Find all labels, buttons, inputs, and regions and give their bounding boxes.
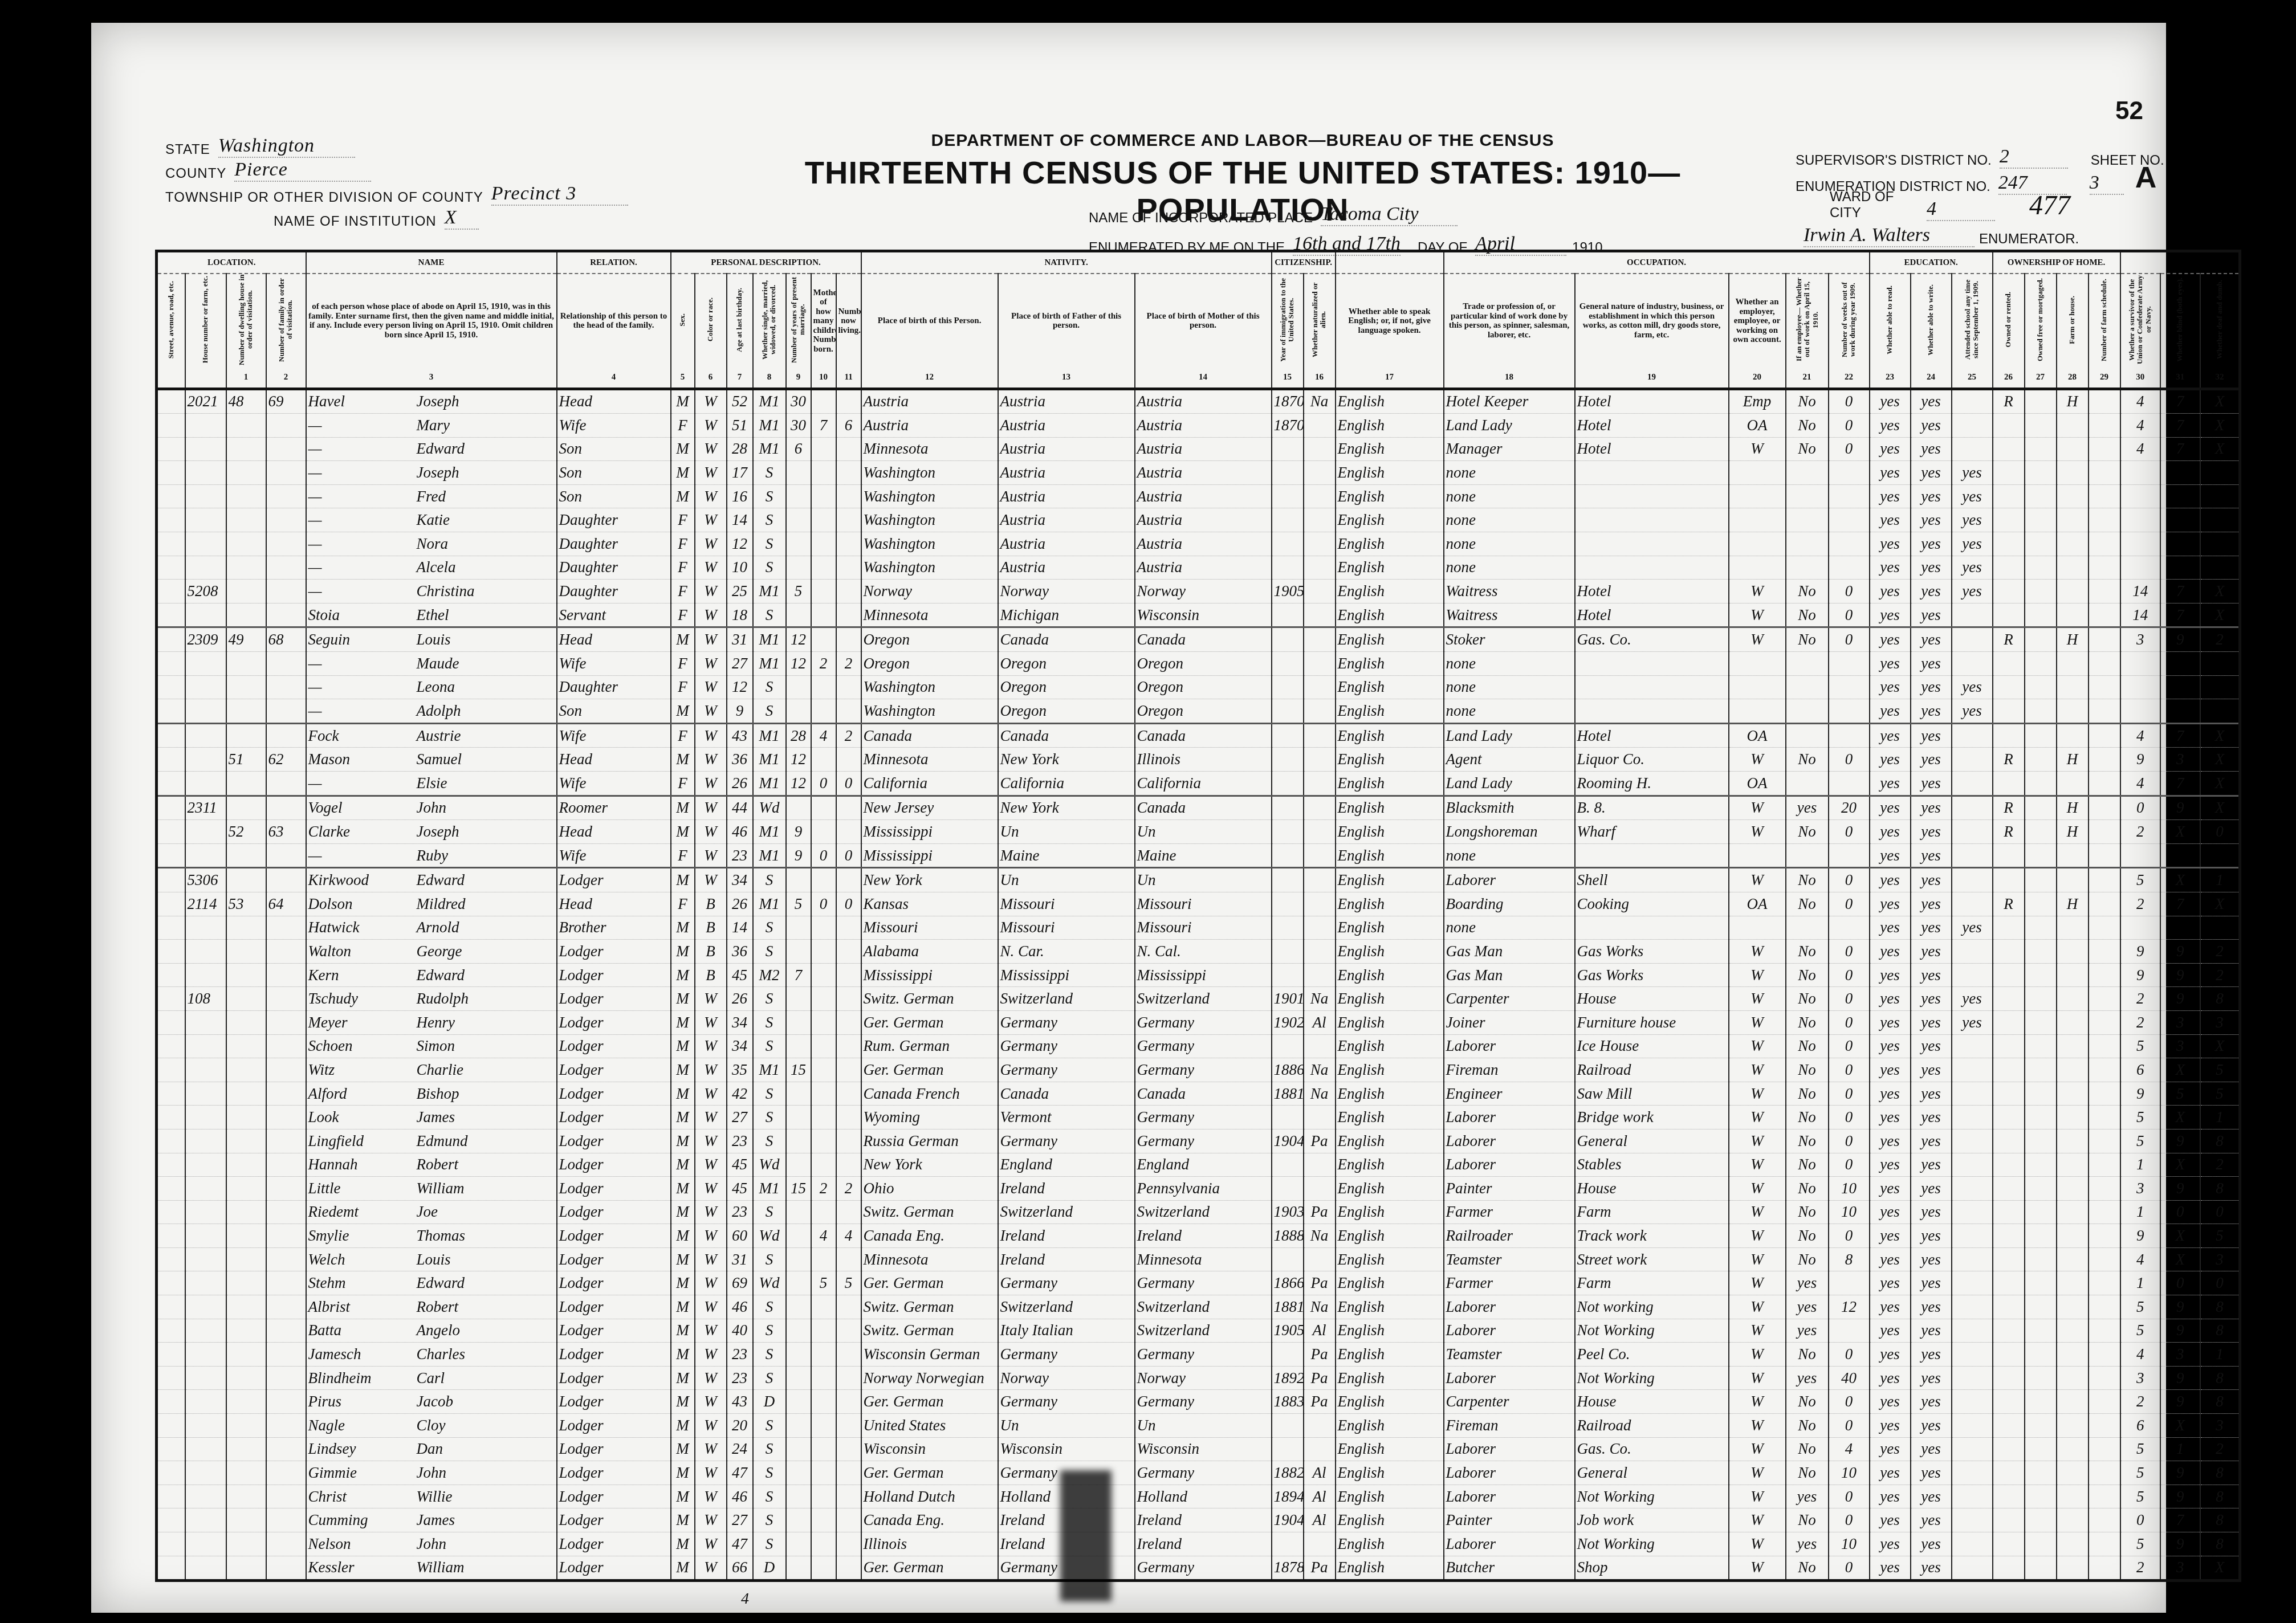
cell-write: yes <box>1911 508 1952 532</box>
cell-english: English <box>1336 1224 1444 1248</box>
given-name: Austrie <box>417 727 461 744</box>
cell-school <box>1952 1224 1993 1248</box>
cell-c32: X <box>2200 1556 2240 1581</box>
cell-write: yes <box>1911 437 1952 461</box>
cell-name: BlindheimCarl <box>306 1366 557 1390</box>
cell-immig <box>1272 627 1304 652</box>
cell-pob: Canada French <box>861 1082 998 1106</box>
cell-age: 34 <box>727 1010 753 1034</box>
cell-class: W <box>1729 1153 1786 1177</box>
cell-c32: 3 <box>2200 1414 2240 1438</box>
cell-living <box>836 796 861 820</box>
cell-trade: Railroader <box>1444 1224 1575 1248</box>
cell-street <box>157 1366 185 1390</box>
given-name: Mary <box>417 417 450 434</box>
cell-marital: M1 <box>753 437 786 461</box>
table-row: BlindheimCarlLodgerMW23SNorway Norwegian… <box>157 1366 2240 1390</box>
cell-weeks <box>1829 484 1870 508</box>
cell-living <box>836 437 861 461</box>
cell-class: W <box>1729 1224 1786 1248</box>
cell-race: W <box>695 1485 727 1508</box>
cell-industry: Shell <box>1575 868 1729 892</box>
state-label: State <box>165 142 210 158</box>
cell-free <box>2025 1343 2057 1367</box>
cell-c31: 7 <box>2160 1508 2200 1532</box>
cell-immig: 1883 <box>1272 1390 1304 1414</box>
cell-street <box>157 892 185 916</box>
cell-yrs-married <box>786 556 811 580</box>
cell-read: yes <box>1870 1295 1911 1319</box>
cell-natz <box>1304 868 1336 892</box>
cell-pob-mother: Germany <box>1135 1461 1272 1485</box>
cell-school <box>1952 1556 1993 1581</box>
cell-read: yes <box>1870 820 1911 844</box>
cell-marital: M2 <box>753 963 786 987</box>
cell-c32: 2 <box>2200 940 2240 964</box>
cell-pob: Wyoming <box>861 1106 998 1129</box>
cell-street <box>157 1414 185 1438</box>
cell-out-work <box>1786 723 1829 748</box>
given-name: Adolph <box>417 702 461 719</box>
column-header-label: Number of years of present marriage. <box>790 274 807 365</box>
table-row: StoiaEthelServantFW18SMinnesotaMichiganW… <box>157 603 2240 627</box>
census-sheet: 52 StateWashington CountyPierce Township… <box>91 23 2166 1613</box>
column-header-5: Sex. <box>671 274 695 368</box>
cell-born <box>811 675 836 699</box>
table-row: —RubyWifeFW23M1900MississippiMaineMaineE… <box>157 843 2240 868</box>
county-label: County <box>165 166 226 182</box>
cell-c30: 1 <box>2120 1153 2160 1177</box>
cell-pob-mother: Oregon <box>1135 675 1272 699</box>
cell-own: R <box>1993 627 2025 652</box>
given-name: John <box>417 1464 446 1481</box>
cell-trade: Gas Man <box>1444 940 1575 964</box>
cell-yrs-married <box>786 940 811 964</box>
table-row: KesslerWilliamLodgerMW66DGer. GermanGerm… <box>157 1556 2240 1581</box>
cell-natz <box>1304 675 1336 699</box>
cell-free <box>2025 1106 2057 1129</box>
cell-natz <box>1304 484 1336 508</box>
cell-read: yes <box>1870 1532 1911 1556</box>
table-row: 5162MasonSamuelHeadMW36M112MinnesotaNew … <box>157 748 2240 772</box>
cell-read: yes <box>1870 556 1911 580</box>
surname: — <box>308 582 417 600</box>
stamp-number: 477 <box>2029 190 2166 221</box>
cell-immig <box>1272 1177 1304 1201</box>
cell-own <box>1993 603 2025 627</box>
cell-age: 10 <box>727 556 753 580</box>
cell-sex: M <box>671 963 695 987</box>
cell-marital: M1 <box>753 843 786 868</box>
cell-age: 45 <box>727 963 753 987</box>
column-header-label: Whether able to speak English; or, if no… <box>1348 307 1430 335</box>
cell-pob-father: Germany <box>998 1343 1135 1367</box>
surname: Blindheim <box>308 1369 417 1387</box>
cell-dwelling <box>226 675 266 699</box>
cell-yrs-married: 5 <box>786 580 811 603</box>
surname: Tschudy <box>308 990 417 1008</box>
cell-natz: Pa <box>1304 1366 1336 1390</box>
cell-relation: Lodger <box>557 1437 671 1461</box>
cell-weeks: 0 <box>1829 1153 1870 1177</box>
cell-living <box>836 940 861 964</box>
cell-pob-mother: Switzerland <box>1135 1295 1272 1319</box>
cell-read: yes <box>1870 1437 1911 1461</box>
column-header-label: Number of dwelling house in order of vis… <box>238 274 254 365</box>
cell-c31: 3 <box>2160 1034 2200 1058</box>
cell-english: English <box>1336 1129 1444 1153</box>
cell-write: yes <box>1911 1437 1952 1461</box>
cell-immig <box>1272 963 1304 987</box>
cell-name: HannahRobert <box>306 1153 557 1177</box>
cell-sched <box>2089 1319 2120 1343</box>
cell-industry: Hotel <box>1575 603 1729 627</box>
cell-pob-mother: Austria <box>1135 556 1272 580</box>
cell-sex: M <box>671 868 695 892</box>
cell-school <box>1952 892 1993 916</box>
cell-house <box>185 508 226 532</box>
cell-c31: 0 <box>2160 1271 2200 1295</box>
cell-school: yes <box>1952 987 1993 1011</box>
cell-name: —Ruby <box>306 843 557 868</box>
cell-own <box>1993 1390 2025 1414</box>
cell-living <box>836 1058 861 1082</box>
surname: Lindsey <box>308 1440 417 1458</box>
state-value: Washington <box>218 135 355 158</box>
cell-race: W <box>695 556 727 580</box>
cell-pob-mother: Germany <box>1135 1106 1272 1129</box>
cell-english: English <box>1336 508 1444 532</box>
cell-living: 2 <box>836 1177 861 1201</box>
cell-yrs-married <box>786 532 811 556</box>
cell-c32 <box>2200 508 2240 532</box>
cell-family <box>266 699 306 724</box>
cell-race: B <box>695 940 727 964</box>
cell-yrs-married <box>786 484 811 508</box>
cell-english: English <box>1336 1556 1444 1581</box>
cell-sex: M <box>671 1129 695 1153</box>
cell-free <box>2025 699 2057 724</box>
cell-sched <box>2089 1414 2120 1438</box>
cell-english: English <box>1336 868 1444 892</box>
cell-sched <box>2089 603 2120 627</box>
cell-trade: none <box>1444 652 1575 676</box>
cell-living <box>836 627 861 652</box>
cell-weeks <box>1829 772 1870 796</box>
cell-name: FockAustrie <box>306 723 557 748</box>
cell-born <box>811 1437 836 1461</box>
cell-weeks: 0 <box>1829 868 1870 892</box>
cell-street <box>157 675 185 699</box>
surname: Jamesch <box>308 1345 417 1363</box>
cell-farm <box>2057 940 2089 964</box>
cell-street <box>157 1224 185 1248</box>
cell-out-work: No <box>1786 892 1829 916</box>
cell-living <box>836 1106 861 1129</box>
cell-pob: California <box>861 772 998 796</box>
cell-relation: Lodger <box>557 987 671 1011</box>
cell-school <box>1952 1437 1993 1461</box>
cell-c31: 9 <box>2160 1532 2200 1556</box>
cell-natz <box>1304 1532 1336 1556</box>
cell-living: 0 <box>836 843 861 868</box>
cell-house <box>185 1366 226 1390</box>
cell-own <box>1993 652 2025 676</box>
cell-pob: Washington <box>861 675 998 699</box>
cell-out-work: No <box>1786 1034 1829 1058</box>
cell-born <box>811 796 836 820</box>
cell-yrs-married <box>786 1010 811 1034</box>
cell-out-work: No <box>1786 1343 1829 1367</box>
column-header-label: Mother of how many children. Number born… <box>813 288 836 354</box>
cell-sched <box>2089 1034 2120 1058</box>
cell-marital: S <box>753 987 786 1011</box>
cell-weeks: 0 <box>1829 1390 1870 1414</box>
cell-name: KernEdward <box>306 963 557 987</box>
cell-house <box>185 748 226 772</box>
column-header-label: Street, avenue, road, etc. <box>167 281 175 358</box>
cell-c30: 6 <box>2120 1414 2160 1438</box>
cell-c32 <box>2200 532 2240 556</box>
cell-class: OA <box>1729 892 1786 916</box>
given-name: George <box>417 943 462 960</box>
cell-name: WaltonGeorge <box>306 940 557 964</box>
cell-yrs-married <box>786 1153 811 1177</box>
cell-relation: Lodger <box>557 1010 671 1034</box>
surname: — <box>308 417 417 434</box>
cell-pob: Minnesota <box>861 603 998 627</box>
cell-c31: 9 <box>2160 1295 2200 1319</box>
cell-c30: 1 <box>2120 1271 2160 1295</box>
cell-school <box>1952 1153 1993 1177</box>
surname: Dolson <box>308 895 417 913</box>
cell-sex: M <box>671 796 695 820</box>
cell-relation: Roomer <box>557 796 671 820</box>
cell-age: 23 <box>727 1129 753 1153</box>
column-header-label: Trade or profession of, or particular ki… <box>1449 302 1570 340</box>
cell-race: W <box>695 1556 727 1581</box>
cell-c30: 2 <box>2120 1390 2160 1414</box>
cell-pob: Washington <box>861 508 998 532</box>
cell-write: yes <box>1911 1295 1952 1319</box>
cell-pob-mother: Oregon <box>1135 699 1272 724</box>
cell-english: English <box>1336 389 1444 414</box>
cell-pob: Norway <box>861 580 998 603</box>
cell-farm <box>2057 699 2089 724</box>
column-number: 6 <box>695 368 727 389</box>
cell-english: English <box>1336 1343 1444 1367</box>
cell-dwelling <box>226 580 266 603</box>
cell-c32: 1 <box>2200 868 2240 892</box>
column-header-12: Place of birth of this Person. <box>861 274 998 368</box>
institution-label: Name of institution <box>274 214 437 230</box>
cell-age: 43 <box>727 1390 753 1414</box>
cell-immig <box>1272 940 1304 964</box>
cell-school <box>1952 1177 1993 1201</box>
cell-own <box>1993 940 2025 964</box>
cell-sched <box>2089 1010 2120 1034</box>
cell-sched <box>2089 748 2120 772</box>
cell-born <box>811 1295 836 1319</box>
cell-age: 9 <box>727 699 753 724</box>
cell-farm <box>2057 1247 2089 1271</box>
cell-age: 36 <box>727 940 753 964</box>
cell-natz: Pa <box>1304 1343 1336 1367</box>
cell-farm <box>2057 1058 2089 1082</box>
cell-relation: Wife <box>557 414 671 438</box>
surname: Nelson <box>308 1535 417 1553</box>
cell-pob-mother: Germany <box>1135 1343 1272 1367</box>
cell-trade: Hotel Keeper <box>1444 389 1575 414</box>
cell-sex: M <box>671 389 695 414</box>
cell-c31: 3 <box>2160 1343 2200 1367</box>
cell-street <box>157 484 185 508</box>
surname: Meyer <box>308 1014 417 1031</box>
cell-natz: Pa <box>1304 1200 1336 1224</box>
cell-read: yes <box>1870 723 1911 748</box>
cell-class: W <box>1729 1485 1786 1508</box>
cell-pob-mother: N. Cal. <box>1135 940 1272 964</box>
cell-c30: 9 <box>2120 963 2160 987</box>
cell-living <box>836 484 861 508</box>
cell-pob-mother: Ireland <box>1135 1532 1272 1556</box>
cell-street <box>157 508 185 532</box>
cell-industry <box>1575 556 1729 580</box>
cell-weeks: 0 <box>1829 389 1870 414</box>
cell-pob-mother: Canada <box>1135 796 1272 820</box>
cell-write: yes <box>1911 603 1952 627</box>
cell-out-work: No <box>1786 1129 1829 1153</box>
cell-race: B <box>695 892 727 916</box>
cell-own <box>1993 916 2025 940</box>
cell-dwelling <box>226 532 266 556</box>
cell-industry: Railroad <box>1575 1414 1729 1438</box>
cell-school <box>1952 1295 1993 1319</box>
cell-pob: Ger. German <box>861 1058 998 1082</box>
cell-school <box>1952 1319 1993 1343</box>
cell-family <box>266 1319 306 1343</box>
cell-street <box>157 389 185 414</box>
cell-pob-father: Missouri <box>998 916 1135 940</box>
cell-dwelling <box>226 1082 266 1106</box>
cell-street <box>157 1034 185 1058</box>
cell-out-work: No <box>1786 1106 1829 1129</box>
cell-yrs-married <box>786 699 811 724</box>
cell-house <box>185 1556 226 1581</box>
given-name: Edward <box>417 440 465 457</box>
cell-read: yes <box>1870 1414 1911 1438</box>
given-name: Bishop <box>417 1085 459 1102</box>
cell-family <box>266 1532 306 1556</box>
surname: Christ <box>308 1488 417 1506</box>
cell-school <box>1952 748 1993 772</box>
cell-dwelling: 49 <box>226 627 266 652</box>
column-header-15: Year of immigration to the United States… <box>1272 274 1304 368</box>
column-header-31: Whether blind (both eyes). <box>2160 274 2200 368</box>
cell-sched <box>2089 1129 2120 1153</box>
cell-street <box>157 1106 185 1129</box>
cell-marital: Wd <box>753 1224 786 1248</box>
cell-pob-father: Un <box>998 868 1135 892</box>
cell-write: yes <box>1911 1010 1952 1034</box>
cell-family <box>266 1271 306 1295</box>
cell-farm <box>2057 1153 2089 1177</box>
table-row: —EdwardSonMW28M16MinnesotaAustriaAustria… <box>157 437 2240 461</box>
cell-write: yes <box>1911 1271 1952 1295</box>
cell-street <box>157 963 185 987</box>
cell-class: W <box>1729 1010 1786 1034</box>
cell-marital: Wd <box>753 796 786 820</box>
cell-yrs-married <box>786 1224 811 1248</box>
cell-pob-father: Austria <box>998 556 1135 580</box>
cell-class <box>1729 484 1786 508</box>
cell-c32: 0 <box>2200 1200 2240 1224</box>
cell-c30: 14 <box>2120 580 2160 603</box>
cell-family <box>266 603 306 627</box>
cell-out-work <box>1786 916 1829 940</box>
cell-dwelling <box>226 1319 266 1343</box>
surname: Lingfield <box>308 1132 417 1150</box>
cell-weeks <box>1829 532 1870 556</box>
cell-pob: Switz. German <box>861 1295 998 1319</box>
cell-pob: Illinois <box>861 1532 998 1556</box>
cell-pob-mother: Norway <box>1135 580 1272 603</box>
cell-c31 <box>2160 652 2200 676</box>
cell-class: W <box>1729 437 1786 461</box>
surname: Little <box>308 1180 417 1197</box>
cell-house: 5306 <box>185 868 226 892</box>
column-number: 3 <box>306 368 557 389</box>
cell-industry: Gas Works <box>1575 940 1729 964</box>
cell-pob-father: Maine <box>998 843 1135 868</box>
cell-natz: Al <box>1304 1485 1336 1508</box>
column-header-24: Whether able to write. <box>1911 274 1952 368</box>
cell-relation: Wife <box>557 723 671 748</box>
cell-born <box>811 461 836 485</box>
cell-family <box>266 1058 306 1082</box>
cell-farm <box>2057 916 2089 940</box>
cell-born <box>811 1390 836 1414</box>
table-row: 2311VogelJohnRoomerMW44WdNew JerseyNew Y… <box>157 796 2240 820</box>
cell-yrs-married: 15 <box>786 1058 811 1082</box>
cell-dwelling <box>226 508 266 532</box>
cell-farm <box>2057 580 2089 603</box>
cell-own <box>1993 1271 2025 1295</box>
cell-age: 20 <box>727 1414 753 1438</box>
table-row: GimmieJohnLodgerMW47SGer. GermanGermanyG… <box>157 1461 2240 1485</box>
cell-living <box>836 1082 861 1106</box>
cell-living <box>836 868 861 892</box>
cell-own: R <box>1993 796 2025 820</box>
cell-sched <box>2089 1295 2120 1319</box>
cell-write: yes <box>1911 1461 1952 1485</box>
cell-c32: X <box>2200 580 2240 603</box>
cell-english: English <box>1336 1058 1444 1082</box>
cell-free <box>2025 1058 2057 1082</box>
cell-farm <box>2057 437 2089 461</box>
cell-dwelling <box>226 1010 266 1034</box>
cell-school <box>1952 1414 1993 1438</box>
cell-house <box>185 1010 226 1034</box>
given-name: Charles <box>417 1345 466 1363</box>
cell-own <box>1993 484 2025 508</box>
column-header-label: Whether deaf and dumb. <box>2216 280 2224 359</box>
cell-industry <box>1575 508 1729 532</box>
cell-marital: M1 <box>753 580 786 603</box>
cell-family <box>266 1461 306 1485</box>
cell-name: HatwickArnold <box>306 916 557 940</box>
cell-street <box>157 1082 185 1106</box>
